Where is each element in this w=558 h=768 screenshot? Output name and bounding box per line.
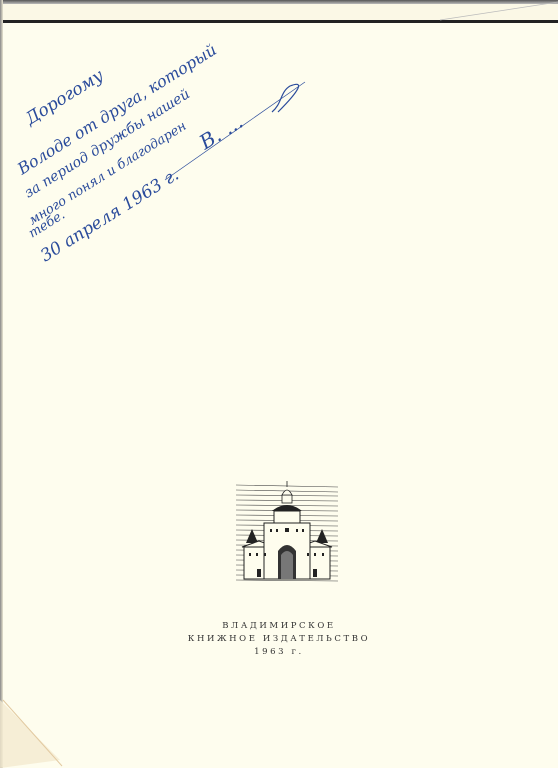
publisher-imprint: ВЛАДИМИРСКОЕ КНИЖНОЕ ИЗДАТЕЛЬСТВО 1963 г… [0, 620, 558, 659]
handwritten-inscription: Дорогому Володе от друга, который за пер… [0, 0, 558, 300]
golden-gate-woodcut [236, 481, 338, 583]
imprint-year: 1963 г. [0, 646, 558, 659]
imprint-publisher-line1: ВЛАДИМИРСКОЕ [0, 620, 558, 633]
inscription-signature: В. ... [194, 109, 247, 155]
imprint-publisher-line2: КНИЖНОЕ ИЗДАТЕЛЬСТВО [0, 633, 558, 646]
